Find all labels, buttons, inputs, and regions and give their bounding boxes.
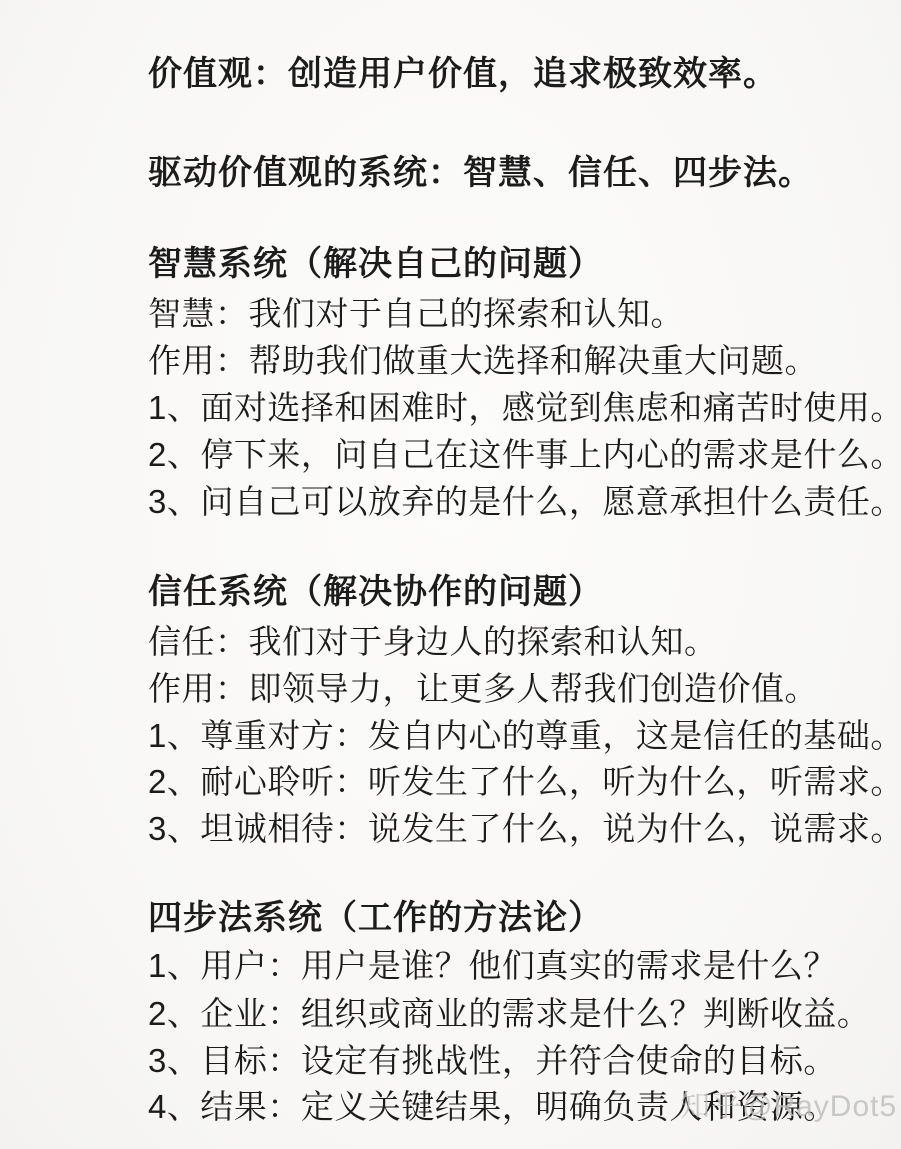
- section-title-trust: 信任系统（解决协作的问题）: [148, 574, 603, 611]
- text-line: 1、用户：用户是谁？他们真实的需求是什么？: [148, 948, 837, 984]
- text-line: 3、坦诚相待：说发生了什么，说为什么，说需求。: [148, 811, 901, 847]
- text-line: 作用：帮助我们做重大选择和解决重大问题。: [148, 343, 818, 379]
- document-page: 价值观：创造用户价值，追求极致效率。 驱动价值观的系统：智慧、信任、四步法。 智…: [0, 0, 901, 1149]
- systems-statement: 驱动价值观的系统：智慧、信任、四步法。: [148, 155, 813, 192]
- text-line: 4、结果：定义关键结果，明确负责人和资源。: [148, 1089, 837, 1125]
- text-line: 1、尊重对方：发自内心的尊重，这是信任的基础。: [148, 718, 901, 754]
- text-line: 智慧：我们对于自己的探索和认知。: [148, 296, 684, 332]
- section-title-four-step: 四步法系统（工作的方法论）: [148, 900, 603, 937]
- text-line: 信任：我们对于身边人的探索和认知。: [148, 624, 718, 660]
- section-title-wisdom: 智慧系统（解决自己的问题）: [148, 246, 603, 283]
- text-line: 2、企业：组织或商业的需求是什么？判断收益。: [148, 996, 870, 1032]
- values-statement: 价值观：创造用户价值，追求极致效率。: [148, 56, 778, 93]
- text-line: 2、停下来，问自己在这件事上内心的需求是什么。: [148, 437, 901, 473]
- text-line: 3、目标：设定有挑战性，并符合使命的目标。: [148, 1043, 837, 1079]
- text-line: 作用：即领导力，让更多人帮我们创造价值。: [148, 671, 818, 707]
- text-line: 1、面对选择和困难时，感觉到焦虑和痛苦时使用。: [148, 390, 901, 426]
- text-line: 2、耐心聆听：听发生了什么，听为什么，听需求。: [148, 764, 901, 800]
- text-line: 3、问自己可以放弃的是什么，愿意承担什么责任。: [148, 484, 901, 520]
